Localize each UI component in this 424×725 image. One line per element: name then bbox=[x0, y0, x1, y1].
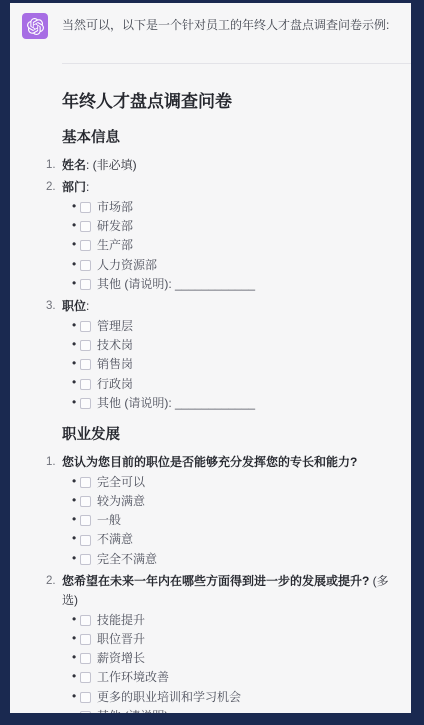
bullet-marker: • bbox=[72, 510, 80, 529]
bullet-marker: • bbox=[72, 216, 80, 235]
question-item: 1. 姓名: (非必填) bbox=[62, 156, 393, 175]
option-list: • 完全可以 • 较为满意 • 一般 • 不满意 • 完全不满意 bbox=[62, 473, 393, 569]
section-heading: 基本信息 bbox=[62, 128, 393, 148]
question-label: 部门 bbox=[62, 180, 86, 194]
assistant-message: 当然可以，以下是一个针对员工的年终人才盘点调查问卷示例: bbox=[10, 3, 411, 63]
option-label: 其他 (请说明): ____________ bbox=[97, 707, 255, 713]
option-item: • 完全可以 bbox=[72, 473, 393, 492]
bullet-marker: • bbox=[72, 648, 80, 667]
checkbox[interactable] bbox=[80, 711, 91, 713]
option-label: 完全可以 bbox=[97, 473, 145, 492]
bullet-marker: • bbox=[72, 706, 80, 713]
checkbox[interactable] bbox=[80, 692, 91, 703]
questionnaire-section: 职业发展 1. 您认为您目前的职位是否能够充分发挥您的专长和能力? • 完全可以… bbox=[62, 425, 393, 713]
question-list: 1. 姓名: (非必填) 2. 部门: • 市场部 • 研发部 • 生产部 • … bbox=[62, 156, 393, 413]
option-label: 其他 (请说明): ____________ bbox=[97, 275, 255, 294]
option-label: 较为满意 bbox=[97, 492, 145, 511]
question-text: 职位: bbox=[62, 297, 89, 316]
option-label: 市场部 bbox=[97, 198, 133, 217]
question-suffix: : bbox=[86, 180, 89, 194]
option-label: 工作环境改善 bbox=[97, 668, 169, 687]
bullet-marker: • bbox=[72, 629, 80, 648]
checkbox[interactable] bbox=[80, 321, 91, 332]
bullet-marker: • bbox=[72, 316, 80, 335]
option-item: • 一般 bbox=[72, 511, 393, 530]
option-item: • 更多的职业培训和学习机会 bbox=[72, 688, 393, 707]
bullet-marker: • bbox=[72, 197, 80, 216]
questionnaire-document: 年终人才盘点调查问卷 基本信息 1. 姓名: (非必填) 2. 部门: • 市场… bbox=[10, 64, 411, 713]
bullet-marker: • bbox=[72, 667, 80, 686]
question-label: 您认为您目前的职位是否能够充分发挥您的专长和能力? bbox=[62, 455, 357, 469]
option-item: • 工作环境改善 bbox=[72, 668, 393, 687]
bullet-marker: • bbox=[72, 549, 80, 568]
option-item: • 职位晋升 bbox=[72, 630, 393, 649]
option-label: 销售岗 bbox=[97, 355, 133, 374]
question-text: 您希望在未来一年内在哪些方面得到进一步的发展或提升? (多选) bbox=[62, 572, 393, 610]
option-item: • 研发部 bbox=[72, 217, 393, 236]
bullet-marker: • bbox=[72, 491, 80, 510]
bullet-marker: • bbox=[72, 529, 80, 548]
checkbox[interactable] bbox=[80, 477, 91, 488]
bullet-marker: • bbox=[72, 255, 80, 274]
checkbox[interactable] bbox=[80, 653, 91, 664]
checkbox[interactable] bbox=[80, 615, 91, 626]
question-text: 姓名: (非必填) bbox=[62, 156, 137, 175]
question-number: 2. bbox=[46, 178, 58, 197]
question-item: 2. 您希望在未来一年内在哪些方面得到进一步的发展或提升? (多选) • 技能提… bbox=[62, 572, 393, 713]
checkbox[interactable] bbox=[80, 496, 91, 507]
checkbox[interactable] bbox=[80, 535, 91, 546]
option-label: 人力资源部 bbox=[97, 256, 157, 275]
checkbox[interactable] bbox=[80, 202, 91, 213]
option-label: 薪资增长 bbox=[97, 649, 145, 668]
question-number: 1. bbox=[46, 156, 58, 175]
question-suffix: : (非必填) bbox=[86, 158, 137, 172]
option-item: • 技术岗 bbox=[72, 336, 393, 355]
checkbox[interactable] bbox=[80, 634, 91, 645]
question-text: 您认为您目前的职位是否能够充分发挥您的专长和能力? bbox=[62, 453, 357, 472]
question-item: 1. 您认为您目前的职位是否能够充分发挥您的专长和能力? • 完全可以 • 较为… bbox=[62, 453, 393, 569]
assistant-avatar bbox=[22, 13, 48, 39]
question-text: 部门: bbox=[62, 178, 89, 197]
checkbox[interactable] bbox=[80, 398, 91, 409]
openai-logo-icon bbox=[27, 18, 44, 35]
question-label: 职位 bbox=[62, 299, 86, 313]
checkbox[interactable] bbox=[80, 672, 91, 683]
question-label: 您希望在未来一年内在哪些方面得到进一步的发展或提升? bbox=[62, 574, 369, 588]
option-item: • 其他 (请说明): ____________ bbox=[72, 707, 393, 713]
option-label: 完全不满意 bbox=[97, 550, 157, 569]
option-item: • 销售岗 bbox=[72, 355, 393, 374]
checkbox[interactable] bbox=[80, 359, 91, 370]
option-item: • 完全不满意 bbox=[72, 550, 393, 569]
bullet-marker: • bbox=[72, 335, 80, 354]
assistant-message-text: 当然可以，以下是一个针对员工的年终人才盘点调查问卷示例: bbox=[62, 13, 389, 34]
option-item: • 其他 (请说明): ____________ bbox=[72, 394, 393, 413]
checkbox[interactable] bbox=[80, 221, 91, 232]
option-item: • 其他 (请说明): ____________ bbox=[72, 275, 393, 294]
question-number: 2. bbox=[46, 572, 58, 610]
option-label: 技能提升 bbox=[97, 611, 145, 630]
bullet-marker: • bbox=[72, 274, 80, 293]
option-item: • 市场部 bbox=[72, 198, 393, 217]
option-list: • 市场部 • 研发部 • 生产部 • 人力资源部 • 其他 (请说明): __… bbox=[62, 198, 393, 294]
question-list: 1. 您认为您目前的职位是否能够充分发挥您的专长和能力? • 完全可以 • 较为… bbox=[62, 453, 393, 713]
chat-message-panel: 当然可以，以下是一个针对员工的年终人才盘点调查问卷示例: 年终人才盘点调查问卷 … bbox=[10, 3, 411, 713]
question-number: 3. bbox=[46, 297, 58, 316]
section-heading: 职业发展 bbox=[62, 425, 393, 445]
checkbox[interactable] bbox=[80, 554, 91, 565]
checkbox[interactable] bbox=[80, 260, 91, 271]
question-suffix: : bbox=[86, 299, 89, 313]
option-list: • 管理层 • 技术岗 • 销售岗 • 行政岗 • 其他 (请说明): ____… bbox=[62, 317, 393, 413]
option-item: • 人力资源部 bbox=[72, 256, 393, 275]
bullet-marker: • bbox=[72, 235, 80, 254]
option-label: 职位晋升 bbox=[97, 630, 145, 649]
option-label: 更多的职业培训和学习机会 bbox=[97, 688, 241, 707]
option-item: • 行政岗 bbox=[72, 375, 393, 394]
sections: 基本信息 1. 姓名: (非必填) 2. 部门: • 市场部 • 研发部 • 生… bbox=[62, 128, 393, 713]
bullet-marker: • bbox=[72, 393, 80, 412]
checkbox[interactable] bbox=[80, 279, 91, 290]
questionnaire-title: 年终人才盘点调查问卷 bbox=[62, 90, 393, 114]
option-item: • 生产部 bbox=[72, 236, 393, 255]
option-item: • 技能提升 bbox=[72, 611, 393, 630]
option-item: • 管理层 bbox=[72, 317, 393, 336]
checkbox[interactable] bbox=[80, 379, 91, 390]
option-item: • 较为满意 bbox=[72, 492, 393, 511]
option-label: 一般 bbox=[97, 511, 121, 530]
option-label: 管理层 bbox=[97, 317, 133, 336]
option-label: 其他 (请说明): ____________ bbox=[97, 394, 255, 413]
bullet-marker: • bbox=[72, 610, 80, 629]
option-label: 研发部 bbox=[97, 217, 133, 236]
option-label: 不满意 bbox=[97, 530, 133, 549]
option-label: 技术岗 bbox=[97, 336, 133, 355]
bullet-marker: • bbox=[72, 472, 80, 491]
option-label: 生产部 bbox=[97, 236, 133, 255]
checkbox[interactable] bbox=[80, 515, 91, 526]
option-list: • 技能提升 • 职位晋升 • 薪资增长 • 工作环境改善 • 更多的职业培训和… bbox=[62, 611, 393, 713]
question-item: 3. 职位: • 管理层 • 技术岗 • 销售岗 • 行政岗 • 其他 (请说明… bbox=[62, 297, 393, 413]
checkbox[interactable] bbox=[80, 240, 91, 251]
question-item: 2. 部门: • 市场部 • 研发部 • 生产部 • 人力资源部 • 其他 (请… bbox=[62, 178, 393, 294]
questionnaire-section: 基本信息 1. 姓名: (非必填) 2. 部门: • 市场部 • 研发部 • 生… bbox=[62, 128, 393, 413]
bullet-marker: • bbox=[72, 687, 80, 706]
question-number: 1. bbox=[46, 453, 58, 472]
option-item: • 薪资增长 bbox=[72, 649, 393, 668]
question-label: 姓名 bbox=[62, 158, 86, 172]
option-item: • 不满意 bbox=[72, 530, 393, 549]
bullet-marker: • bbox=[72, 373, 80, 392]
option-label: 行政岗 bbox=[97, 375, 133, 394]
bullet-marker: • bbox=[72, 354, 80, 373]
checkbox[interactable] bbox=[80, 340, 91, 351]
